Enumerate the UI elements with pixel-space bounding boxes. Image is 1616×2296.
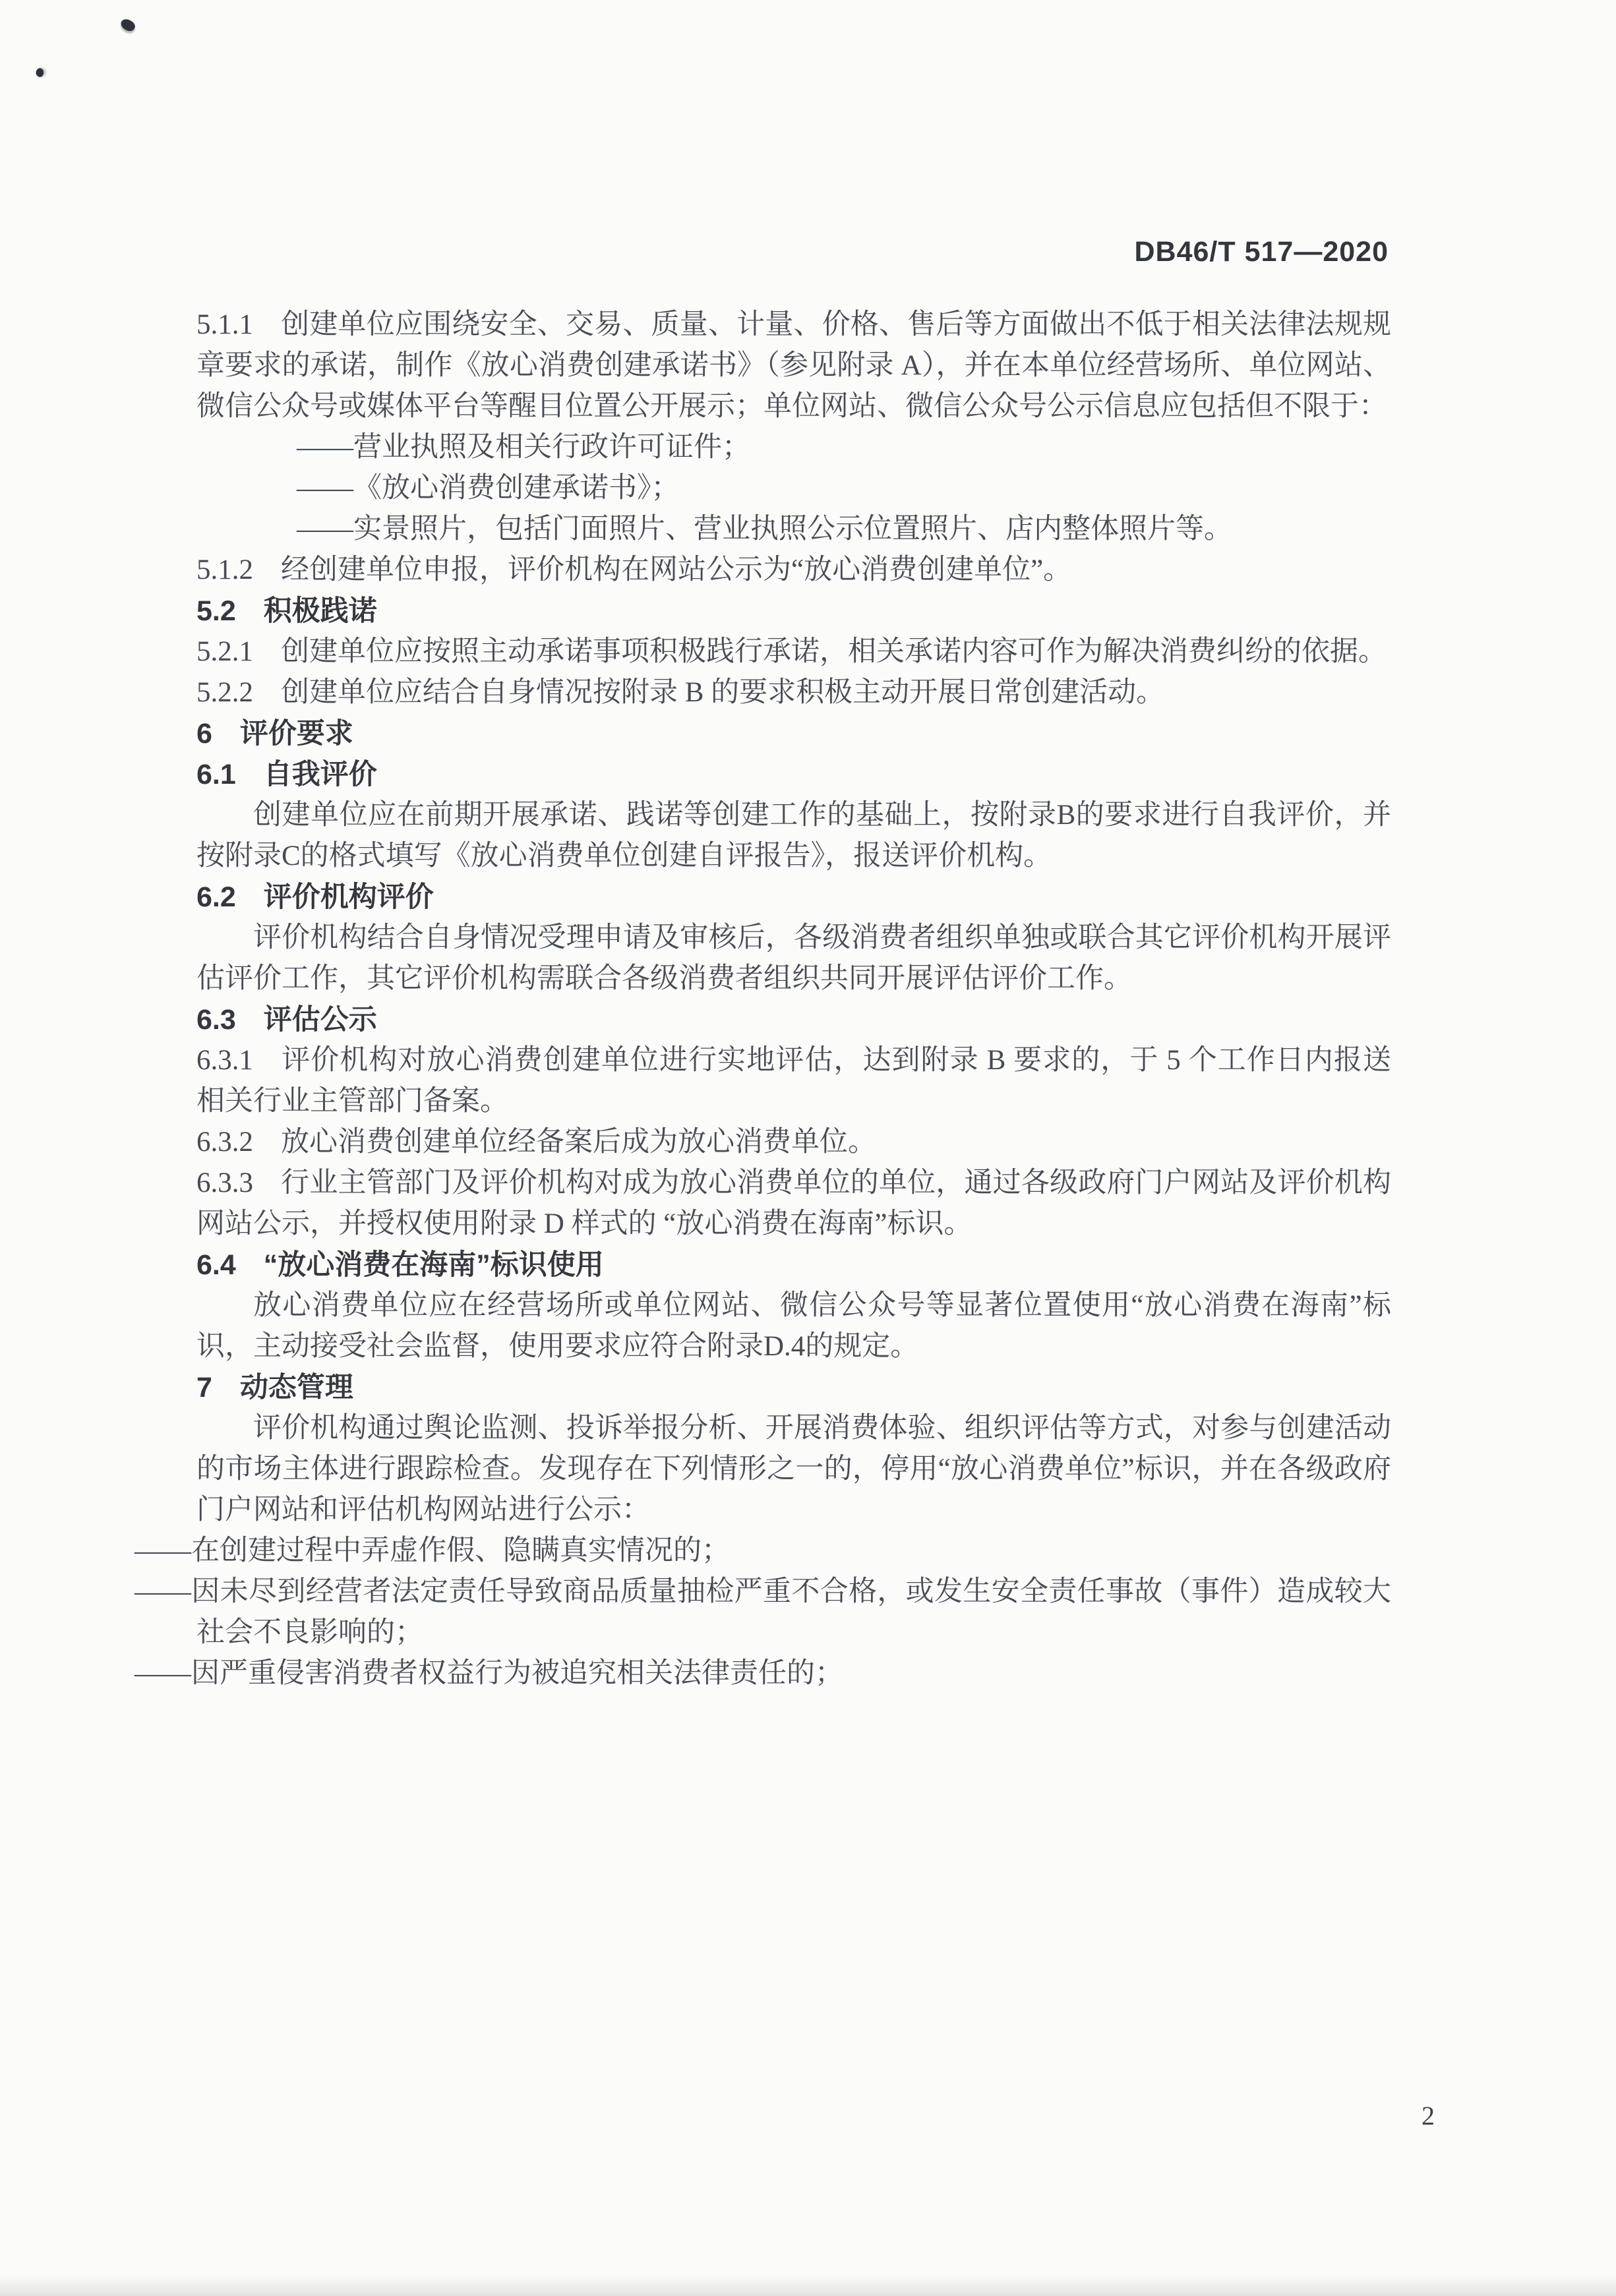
clause-number: 5.1.1 <box>196 309 253 340</box>
dash-item: ——因严重侵害消费者权益行为被追究相关法律责任的； <box>196 1653 1391 1694</box>
clause-5-2-2: 5.2.2创建单位应结合自身情况按附录 B 的要求积极主动开展日常创建活动。 <box>196 672 1391 713</box>
clause-text: 创建单位应按照主动承诺事项积极践行承诺，相关承诺内容可作为解决消费纠纷的依据。 <box>281 636 1387 667</box>
heading-title: 评价机构评价 <box>264 881 434 913</box>
page-number: 2 <box>1421 2100 1435 2131</box>
heading-number: 6.4 <box>196 1249 236 1281</box>
doc-code: DB46/T 517—2020 <box>1135 236 1389 268</box>
scan-edge-shadow <box>0 2274 1616 2296</box>
clause-number: 6.3.2 <box>196 1127 253 1158</box>
clause-number: 6.3.3 <box>196 1167 253 1198</box>
clause-text: 创建单位应结合自身情况按附录 B 的要求积极主动开展日常创建活动。 <box>281 677 1164 708</box>
paragraph: 评价机构通过舆论监测、投诉举报分析、开展消费体验、组织评估等方式，对参与创建活动… <box>196 1408 1391 1531</box>
heading-number: 5.2 <box>196 595 236 627</box>
dash-item: ——营业执照及相关行政许可证件； <box>196 427 1391 468</box>
clause-number: 5.2.2 <box>196 677 253 708</box>
clause-text: 经创建单位申报，评价机构在网站公示为“放心消费创建单位”。 <box>281 554 1071 585</box>
heading-6-3: 6.3评估公示 <box>196 999 1391 1040</box>
heading-number: 6.1 <box>196 759 236 790</box>
heading-6-4: 6.4“放心消费在海南”标识使用 <box>196 1245 1391 1285</box>
heading-7: 7动态管理 <box>196 1367 1391 1408</box>
clause-6-3-2: 6.3.2放心消费创建单位经备案后成为放心消费单位。 <box>196 1122 1391 1163</box>
heading-6-2: 6.2评价机构评价 <box>196 877 1391 918</box>
heading-number: 7 <box>196 1372 212 1403</box>
clause-number: 5.2.1 <box>196 636 253 667</box>
ink-speck <box>119 16 136 34</box>
dash-item: ——因未尽到经营者法定责任导致商品质量抽检严重不合格，或发生安全责任事故（事件）… <box>196 1572 1391 1653</box>
heading-6-1: 6.1自我评价 <box>196 754 1391 795</box>
heading-number: 6 <box>196 718 212 750</box>
heading-title: 评估公示 <box>264 1004 377 1036</box>
heading-title: “放心消费在海南”标识使用 <box>264 1249 604 1281</box>
clause-text: 创建单位应围绕安全、交易、质量、计量、价格、售后等方面做出不低于相关法律法规规章… <box>196 309 1391 422</box>
clause-number: 5.1.2 <box>196 554 253 585</box>
clause-number: 6.3.1 <box>196 1045 253 1076</box>
ink-speck <box>34 67 45 78</box>
dash-item: ——在创建过程中弄虚作假、隐瞒真实情况的； <box>196 1531 1391 1572</box>
dash-item: ——《放心消费创建承诺书》； <box>196 468 1391 509</box>
paragraph: 创建单位应在前期开展承诺、践诺等创建工作的基础上，按附录B的要求进行自我评价，并… <box>196 795 1391 877</box>
heading-6: 6评价要求 <box>196 713 1391 754</box>
heading-title: 积极践诺 <box>264 595 377 627</box>
heading-5-2: 5.2积极践诺 <box>196 591 1391 632</box>
clause-5-2-1: 5.2.1创建单位应按照主动承诺事项积极践行承诺，相关承诺内容可作为解决消费纠纷… <box>196 632 1391 672</box>
heading-title: 自我评价 <box>264 759 377 790</box>
dash-item: ——实景照片，包括门面照片、营业执照公示位置照片、店内整体照片等。 <box>196 509 1391 550</box>
clause-text: 行业主管部门及评价机构对成为放心消费单位的单位，通过各级政府门户网站及评价机构网… <box>196 1167 1391 1239</box>
heading-number: 6.3 <box>196 1004 236 1036</box>
clause-5-1-2: 5.1.2经创建单位申报，评价机构在网站公示为“放心消费创建单位”。 <box>196 550 1391 591</box>
heading-title: 评价要求 <box>240 718 353 750</box>
clause-text: 放心消费创建单位经备案后成为放心消费单位。 <box>281 1127 876 1158</box>
clause-6-3-3: 6.3.3行业主管部门及评价机构对成为放心消费单位的单位，通过各级政府门户网站及… <box>196 1163 1391 1245</box>
document-body: 5.1.1创建单位应围绕安全、交易、质量、计量、价格、售后等方面做出不低于相关法… <box>196 305 1391 1694</box>
clause-text: 评价机构对放心消费创建单位进行实地评估，达到附录 B 要求的，于 5 个工作日内… <box>196 1045 1391 1117</box>
paragraph: 评价机构结合自身情况受理申请及审核后，各级消费者组织单独或联合其它评价机构开展评… <box>196 918 1391 999</box>
heading-number: 6.2 <box>196 881 236 913</box>
clause-6-3-1: 6.3.1评价机构对放心消费创建单位进行实地评估，达到附录 B 要求的，于 5 … <box>196 1040 1391 1122</box>
heading-title: 动态管理 <box>240 1372 353 1403</box>
clause-5-1-1: 5.1.1创建单位应围绕安全、交易、质量、计量、价格、售后等方面做出不低于相关法… <box>196 305 1391 427</box>
paragraph: 放心消费单位应在经营场所或单位网站、微信公众号等显著位置使用“放心消费在海南”标… <box>196 1285 1391 1367</box>
